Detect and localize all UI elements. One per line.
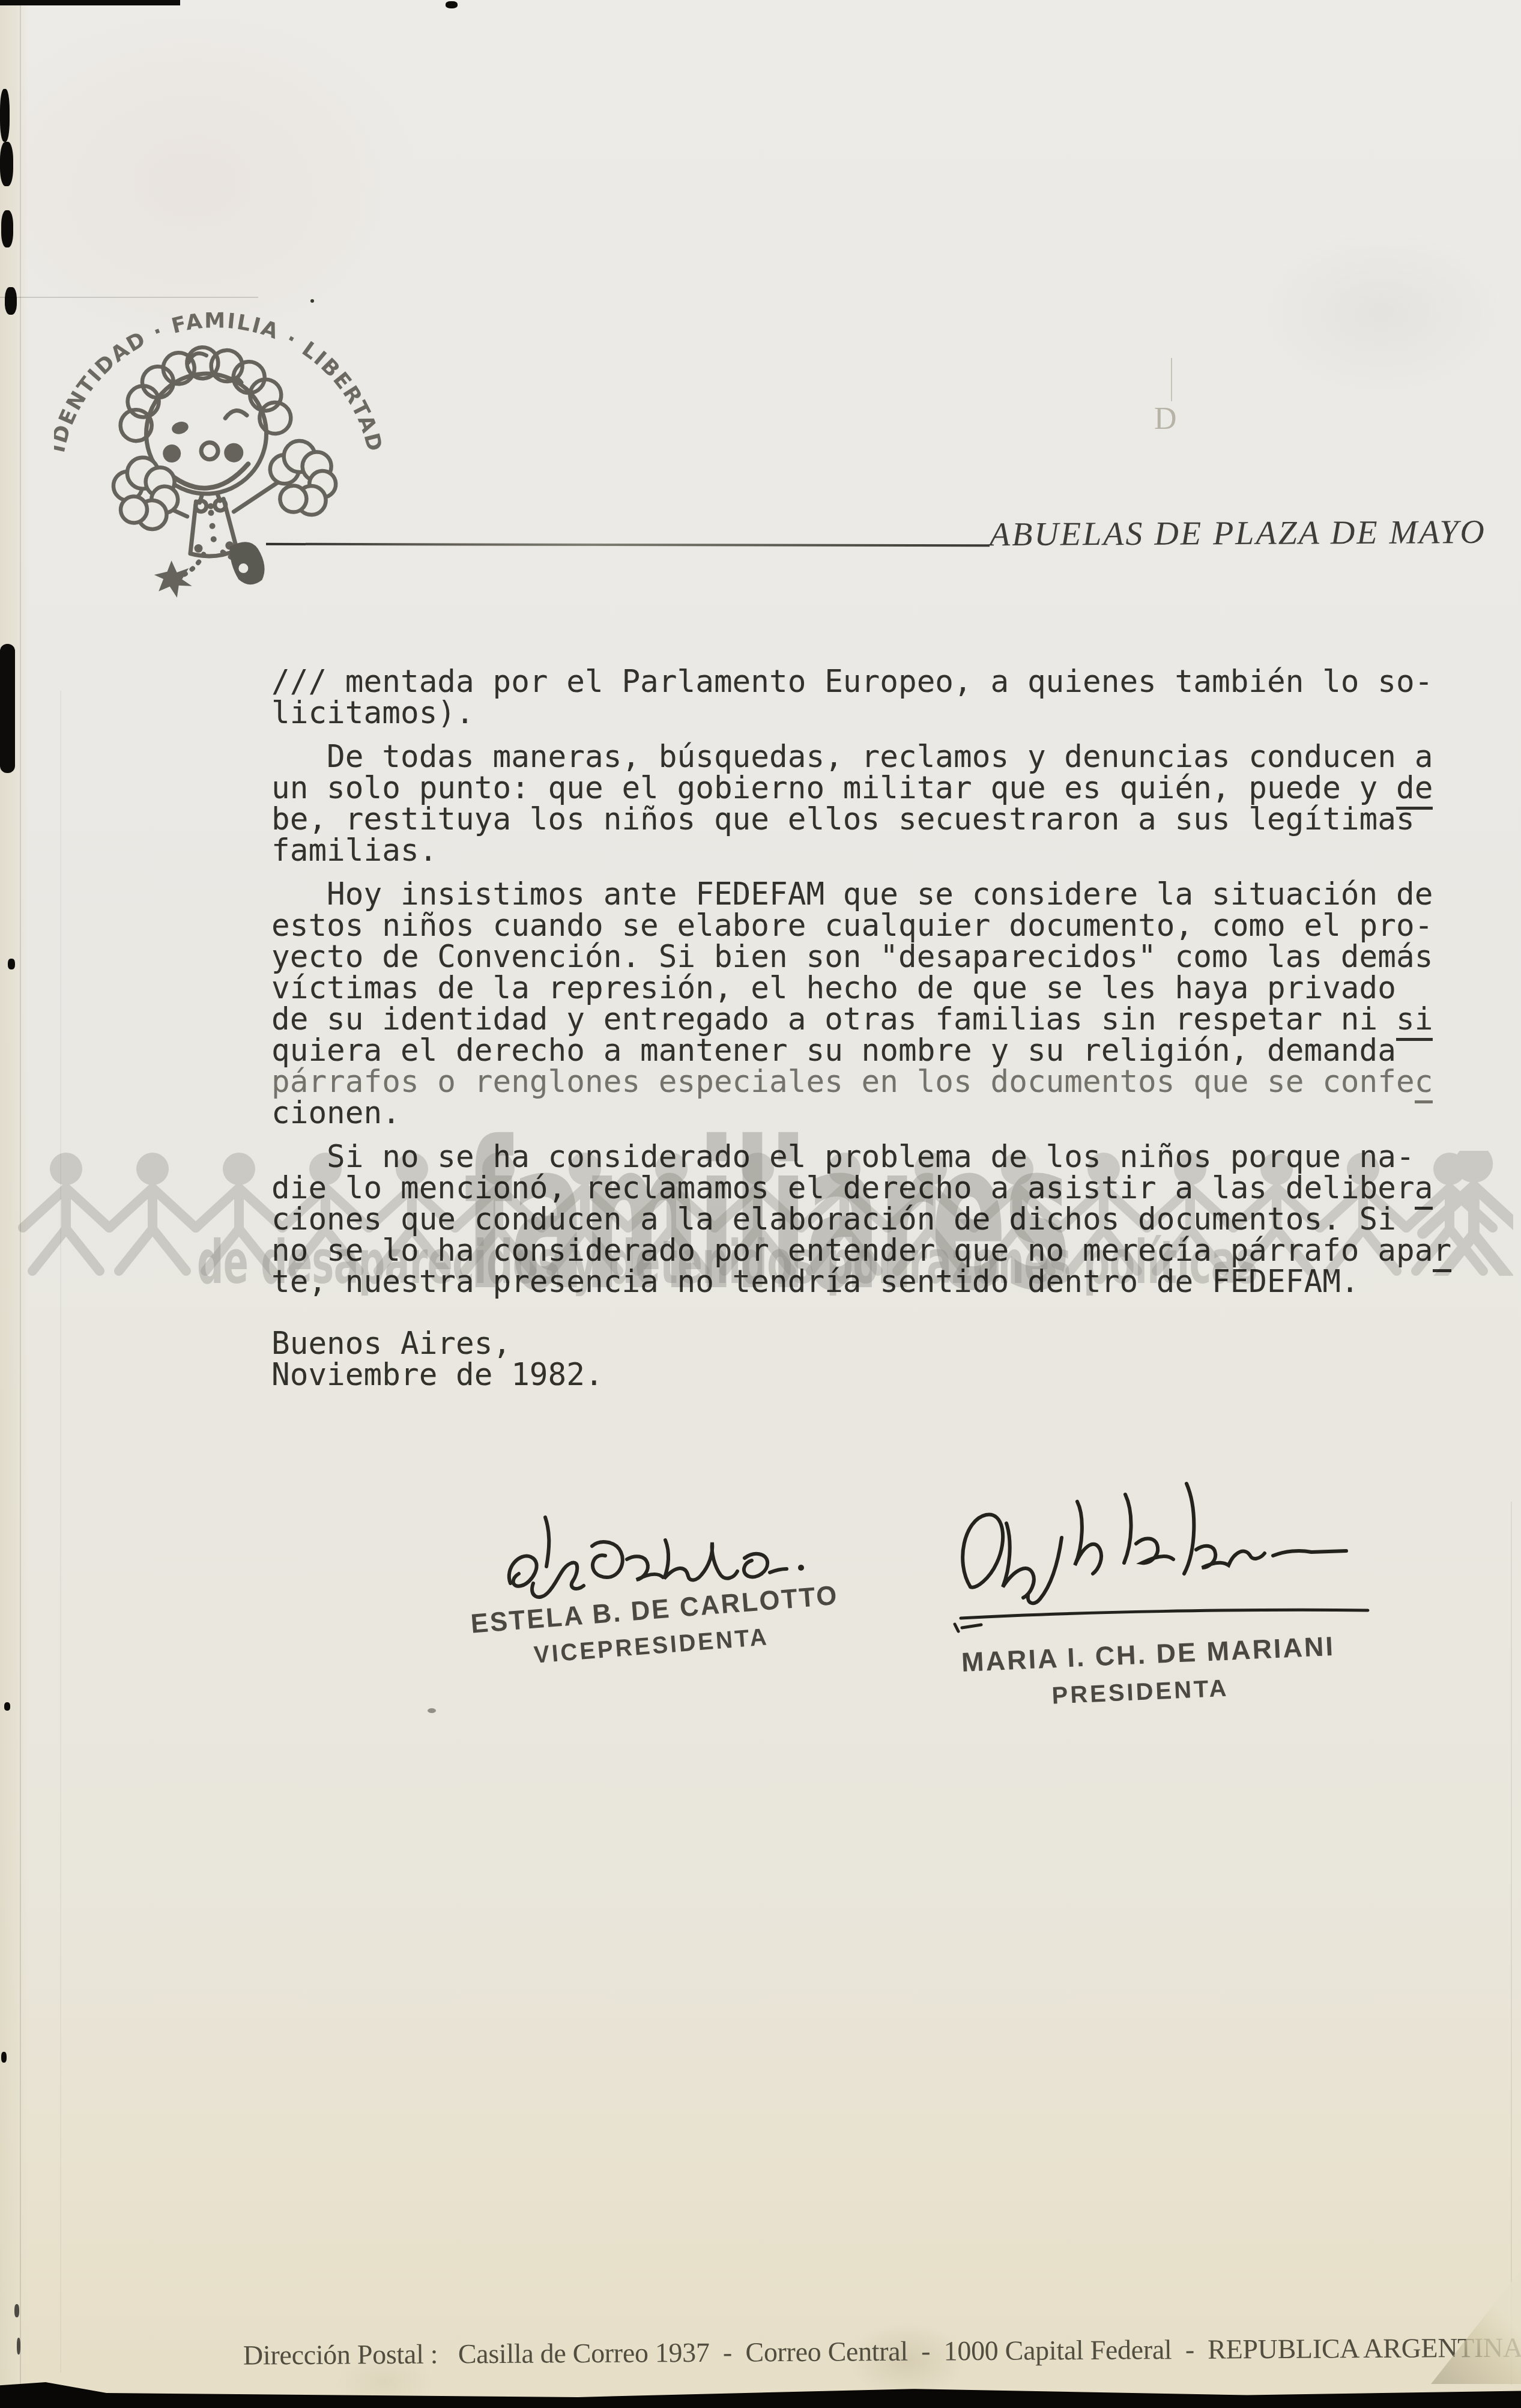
closing-dateline: Buenos Aires,Noviembre de 1982. bbox=[271, 1329, 1478, 1391]
typed-line: te, nuestra presencia no tendría sentido… bbox=[271, 1267, 1478, 1298]
organization-name: ABUELAS DE PLAZA DE MAYO bbox=[990, 513, 1486, 554]
scan-edge-blob bbox=[1, 210, 13, 247]
typed-line: quiera el derecho a mantener su nombre y… bbox=[271, 1036, 1478, 1067]
abuelas-child-logo-stamp: IDENTIDAD · FAMILIA · LIBERTAD bbox=[54, 270, 390, 643]
typed-line: ciones que conducen a la elaboración de … bbox=[271, 1204, 1478, 1236]
typed-line: Buenos Aires, bbox=[271, 1329, 1478, 1360]
scan-edge-top bbox=[0, 0, 180, 5]
left-eye bbox=[171, 420, 190, 436]
typed-line: be, restituya los niños que ellos secues… bbox=[271, 804, 1478, 836]
right-cloud-hand bbox=[268, 439, 337, 517]
shoe bbox=[229, 541, 265, 586]
typed-line: De todas maneras, búsquedas, reclamos y … bbox=[271, 742, 1478, 773]
page-curl bbox=[1431, 2270, 1521, 2384]
scan-edge-blob bbox=[0, 644, 15, 773]
scan-edge-blob bbox=[1, 2052, 7, 2063]
typed-line: Si no se ha considerado el problema de l… bbox=[271, 1142, 1478, 1173]
paper-speck bbox=[428, 1708, 436, 1713]
typed-line: cionen. bbox=[271, 1098, 1478, 1129]
letter-body: /// mentada por el Parlamento Europeo, a… bbox=[271, 667, 1478, 1404]
right-crease-line bbox=[1511, 1502, 1512, 2385]
typed-line: víctimas de la represión, el hecho de qu… bbox=[271, 973, 1478, 1004]
typed-line: yecto de Convención. Si bien son "desapa… bbox=[271, 942, 1478, 973]
pencil-line bbox=[1171, 358, 1172, 401]
typed-line: Noviembre de 1982. bbox=[271, 1360, 1478, 1391]
typed-line: licitamos). bbox=[271, 698, 1478, 729]
typed-line: estos niños cuando se elabore cualquier … bbox=[271, 911, 1478, 942]
left-cloud-hand bbox=[112, 456, 180, 531]
scan-edge-bottom bbox=[0, 2382, 1521, 2408]
scanned-letter-page: IDENTIDAD · FAMILIA · LIBERTAD bbox=[0, 0, 1521, 2408]
typed-line: no se lo ha considerado por entender que… bbox=[271, 1236, 1478, 1267]
left-cheek bbox=[162, 444, 181, 463]
typed-line: un solo punto: que el gobierno militar q… bbox=[271, 773, 1478, 804]
typed-line: die lo mencionó, reclamamos el derecho a… bbox=[271, 1173, 1478, 1204]
pencil-note: D bbox=[1154, 401, 1177, 437]
right-eye-closed bbox=[225, 410, 247, 419]
scan-edge-blob bbox=[8, 959, 15, 969]
left-paper-edge bbox=[0, 0, 29, 2408]
right-cheek bbox=[223, 443, 244, 463]
nose bbox=[201, 442, 218, 459]
scan-edge-blob bbox=[4, 1702, 10, 1711]
footer-postal-address: Dirección Postal : Casilla de Correo 193… bbox=[243, 2331, 1521, 2371]
paragraph: Hoy insistimos ante FEDEFAM que se consi… bbox=[271, 879, 1478, 1129]
typed-line: familias. bbox=[271, 836, 1478, 867]
typed-line: /// mentada por el Parlamento Europeo, a… bbox=[271, 667, 1478, 698]
typed-line: de su identidad y entregado a otras fami… bbox=[271, 1004, 1478, 1036]
signature-mariani bbox=[944, 1464, 1418, 1651]
scan-speck bbox=[446, 1, 458, 8]
paragraph: /// mentada por el Parlamento Europeo, a… bbox=[271, 667, 1478, 729]
scan-edge-blob bbox=[17, 2338, 20, 2355]
left-crease-line bbox=[20, 0, 21, 2408]
scan-edge-blob bbox=[5, 287, 17, 315]
typed-line: párrafos o renglones especiales en los d… bbox=[271, 1067, 1478, 1098]
scan-edge-blob bbox=[0, 142, 13, 186]
star-foot bbox=[154, 560, 193, 599]
left-crease-line-2 bbox=[60, 691, 61, 2373]
typed-line: Hoy insistimos ante FEDEFAM que se consi… bbox=[271, 879, 1478, 911]
paragraph: De todas maneras, búsquedas, reclamos y … bbox=[271, 742, 1478, 867]
scan-edge-blob bbox=[0, 89, 10, 142]
stamp-title: PRESIDENTA bbox=[1051, 1670, 1337, 1710]
paragraph: Si no se ha considerado el problema de l… bbox=[271, 1142, 1478, 1298]
scan-edge-blob bbox=[14, 2304, 19, 2317]
